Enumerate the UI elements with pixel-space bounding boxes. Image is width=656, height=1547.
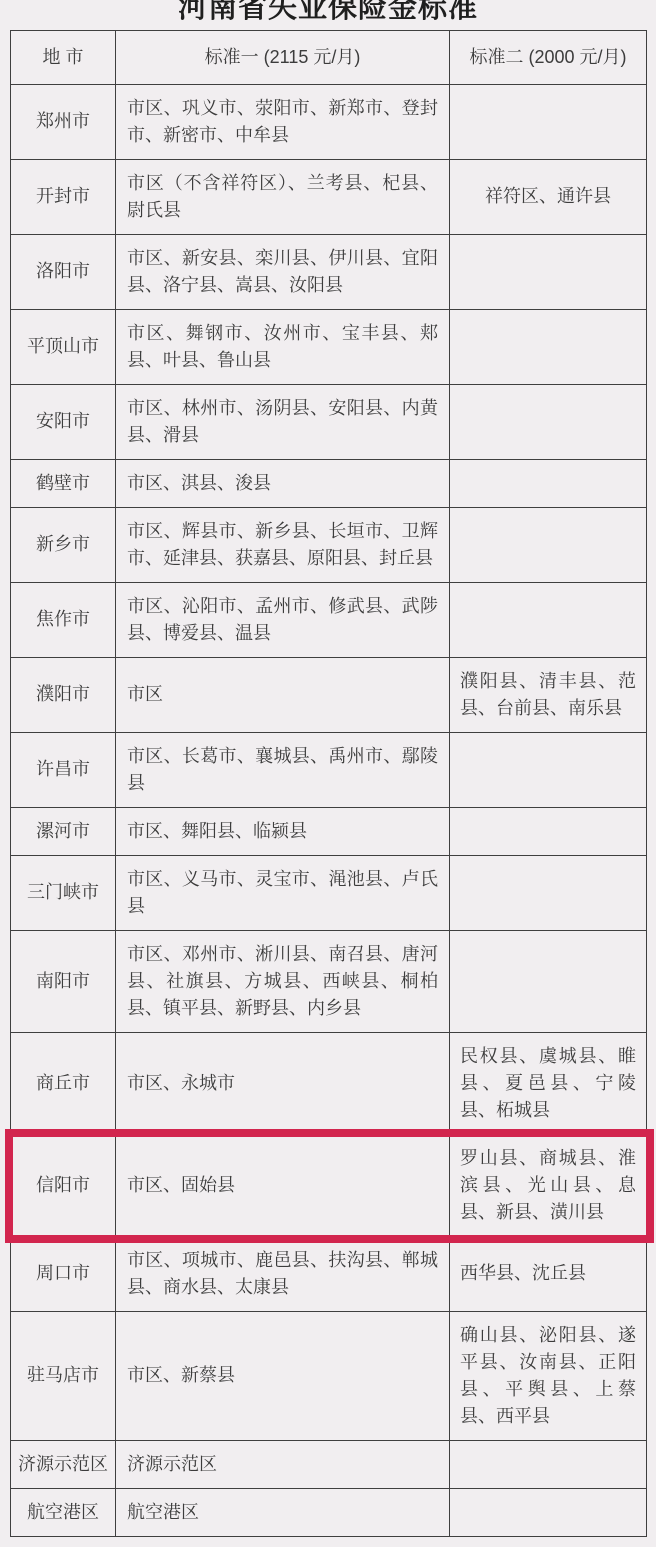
table-body: 郑州市市区、巩义市、荥阳市、新郑市、登封市、新密市、中牟县开封市市区（不含祥符区… bbox=[11, 84, 647, 1536]
cell-city: 三门峡市 bbox=[11, 855, 116, 930]
table-row: 周口市市区、项城市、鹿邑县、扶沟县、郸城县、商水县、太康县西华县、沈丘县 bbox=[11, 1236, 647, 1311]
cell-std2 bbox=[450, 807, 647, 855]
cell-std1: 市区、舞钢市、汝州市、宝丰县、郏县、叶县、鲁山县 bbox=[116, 309, 450, 384]
cell-std2 bbox=[450, 459, 647, 507]
cell-std2: 民权县、虞城县、睢县、夏邑县、宁陵县、柘城县 bbox=[450, 1032, 647, 1134]
col-header-standard-one: 标准一 (2115 元/月) bbox=[116, 30, 450, 84]
page: 河南省失业保险金标准 地 市 标准一 (2115 元/月) 标准二 (2000 … bbox=[0, 0, 656, 1547]
table-row: 新乡市市区、辉县市、新乡县、长垣市、卫辉市、延津县、获嘉县、原阳县、封丘县 bbox=[11, 507, 647, 582]
table-row: 安阳市市区、林州市、汤阴县、安阳县、内黄县、滑县 bbox=[11, 384, 647, 459]
table-row: 许昌市市区、长葛市、襄城县、禹州市、鄢陵县 bbox=[11, 732, 647, 807]
cell-city: 开封市 bbox=[11, 159, 116, 234]
cell-std1: 市区、永城市 bbox=[116, 1032, 450, 1134]
cell-std1: 济源示范区 bbox=[116, 1440, 450, 1488]
cell-city: 许昌市 bbox=[11, 732, 116, 807]
cell-city: 航空港区 bbox=[11, 1488, 116, 1536]
cell-std1: 市区、新安县、栾川县、伊川县、宜阳县、洛宁县、嵩县、汝阳县 bbox=[116, 234, 450, 309]
cell-std2: 祥符区、通许县 bbox=[450, 159, 647, 234]
table-header: 地 市 标准一 (2115 元/月) 标准二 (2000 元/月) bbox=[11, 30, 647, 84]
cell-city: 商丘市 bbox=[11, 1032, 116, 1134]
table-row: 信阳市市区、固始县罗山县、商城县、淮滨县、光山县、息县、新县、潢川县 bbox=[11, 1134, 647, 1236]
cell-city: 郑州市 bbox=[11, 84, 116, 159]
cell-std2: 罗山县、商城县、淮滨县、光山县、息县、新县、潢川县 bbox=[450, 1134, 647, 1236]
cell-std1: 市区、林州市、汤阴县、安阳县、内黄县、滑县 bbox=[116, 384, 450, 459]
cell-std2 bbox=[450, 1440, 647, 1488]
cell-std1: 市区、长葛市、襄城县、禹州市、鄢陵县 bbox=[116, 732, 450, 807]
cell-std2: 西华县、沈丘县 bbox=[450, 1236, 647, 1311]
cell-std2 bbox=[450, 582, 647, 657]
cell-city: 驻马店市 bbox=[11, 1311, 116, 1440]
cell-city: 鹤壁市 bbox=[11, 459, 116, 507]
cell-city: 济源示范区 bbox=[11, 1440, 116, 1488]
cell-std1: 市区（不含祥符区）、兰考县、杞县、尉氏县 bbox=[116, 159, 450, 234]
cell-std1: 市区、新蔡县 bbox=[116, 1311, 450, 1440]
cell-std1: 市区、巩义市、荥阳市、新郑市、登封市、新密市、中牟县 bbox=[116, 84, 450, 159]
cell-std1: 市区、义马市、灵宝市、渑池县、卢氏县 bbox=[116, 855, 450, 930]
cell-std2 bbox=[450, 309, 647, 384]
cell-std1: 市区、舞阳县、临颍县 bbox=[116, 807, 450, 855]
table-row: 商丘市市区、永城市民权县、虞城县、睢县、夏邑县、宁陵县、柘城县 bbox=[11, 1032, 647, 1134]
cell-city: 南阳市 bbox=[11, 930, 116, 1032]
table-row: 航空港区航空港区 bbox=[11, 1488, 647, 1536]
table-row: 三门峡市市区、义马市、灵宝市、渑池县、卢氏县 bbox=[11, 855, 647, 930]
table-row: 南阳市市区、邓州市、淅川县、南召县、唐河县、社旗县、方城县、西峡县、桐柏县、镇平… bbox=[11, 930, 647, 1032]
cell-std2 bbox=[450, 84, 647, 159]
table-row: 洛阳市市区、新安县、栾川县、伊川县、宜阳县、洛宁县、嵩县、汝阳县 bbox=[11, 234, 647, 309]
cell-std1: 航空港区 bbox=[116, 1488, 450, 1536]
col-header-standard-two: 标准二 (2000 元/月) bbox=[450, 30, 647, 84]
table-row: 平顶山市市区、舞钢市、汝州市、宝丰县、郏县、叶县、鲁山县 bbox=[11, 309, 647, 384]
cell-city: 濮阳市 bbox=[11, 657, 116, 732]
table-row: 濮阳市市区濮阳县、清丰县、范县、台前县、南乐县 bbox=[11, 657, 647, 732]
cell-std2 bbox=[450, 384, 647, 459]
cell-std1: 市区、固始县 bbox=[116, 1134, 450, 1236]
cell-city: 安阳市 bbox=[11, 384, 116, 459]
table-container: 地 市 标准一 (2115 元/月) 标准二 (2000 元/月) 郑州市市区、… bbox=[10, 30, 646, 1537]
cell-std2 bbox=[450, 930, 647, 1032]
table-row: 郑州市市区、巩义市、荥阳市、新郑市、登封市、新密市、中牟县 bbox=[11, 84, 647, 159]
cell-city: 漯河市 bbox=[11, 807, 116, 855]
col-header-city: 地 市 bbox=[11, 30, 116, 84]
cell-std2 bbox=[450, 234, 647, 309]
cell-std1: 市区、沁阳市、孟州市、修武县、武陟县、博爱县、温县 bbox=[116, 582, 450, 657]
cell-city: 信阳市 bbox=[11, 1134, 116, 1236]
cell-city: 新乡市 bbox=[11, 507, 116, 582]
cell-city: 洛阳市 bbox=[11, 234, 116, 309]
cell-city: 周口市 bbox=[11, 1236, 116, 1311]
table-row: 鹤壁市市区、淇县、浚县 bbox=[11, 459, 647, 507]
cell-std2 bbox=[450, 507, 647, 582]
standards-table: 地 市 标准一 (2115 元/月) 标准二 (2000 元/月) 郑州市市区、… bbox=[10, 30, 647, 1537]
table-row: 开封市市区（不含祥符区）、兰考县、杞县、尉氏县祥符区、通许县 bbox=[11, 159, 647, 234]
page-title: 河南省失业保险金标准 bbox=[10, 0, 646, 25]
cell-std1: 市区、项城市、鹿邑县、扶沟县、郸城县、商水县、太康县 bbox=[116, 1236, 450, 1311]
cell-std2 bbox=[450, 732, 647, 807]
table-row: 焦作市市区、沁阳市、孟州市、修武县、武陟县、博爱县、温县 bbox=[11, 582, 647, 657]
cell-city: 平顶山市 bbox=[11, 309, 116, 384]
cell-std2: 确山县、泌阳县、遂平县、汝南县、正阳县、平舆县、上蔡县、西平县 bbox=[450, 1311, 647, 1440]
cell-std2: 濮阳县、清丰县、范县、台前县、南乐县 bbox=[450, 657, 647, 732]
table-row: 驻马店市市区、新蔡县确山县、泌阳县、遂平县、汝南县、正阳县、平舆县、上蔡县、西平… bbox=[11, 1311, 647, 1440]
cell-std1: 市区、淇县、浚县 bbox=[116, 459, 450, 507]
cell-std2 bbox=[450, 855, 647, 930]
cell-std1: 市区、辉县市、新乡县、长垣市、卫辉市、延津县、获嘉县、原阳县、封丘县 bbox=[116, 507, 450, 582]
table-row: 济源示范区济源示范区 bbox=[11, 1440, 647, 1488]
header-row: 地 市 标准一 (2115 元/月) 标准二 (2000 元/月) bbox=[11, 30, 647, 84]
cell-std1: 市区、邓州市、淅川县、南召县、唐河县、社旗县、方城县、西峡县、桐柏县、镇平县、新… bbox=[116, 930, 450, 1032]
cell-std2 bbox=[450, 1488, 647, 1536]
table-row: 漯河市市区、舞阳县、临颍县 bbox=[11, 807, 647, 855]
cell-city: 焦作市 bbox=[11, 582, 116, 657]
cell-std1: 市区 bbox=[116, 657, 450, 732]
